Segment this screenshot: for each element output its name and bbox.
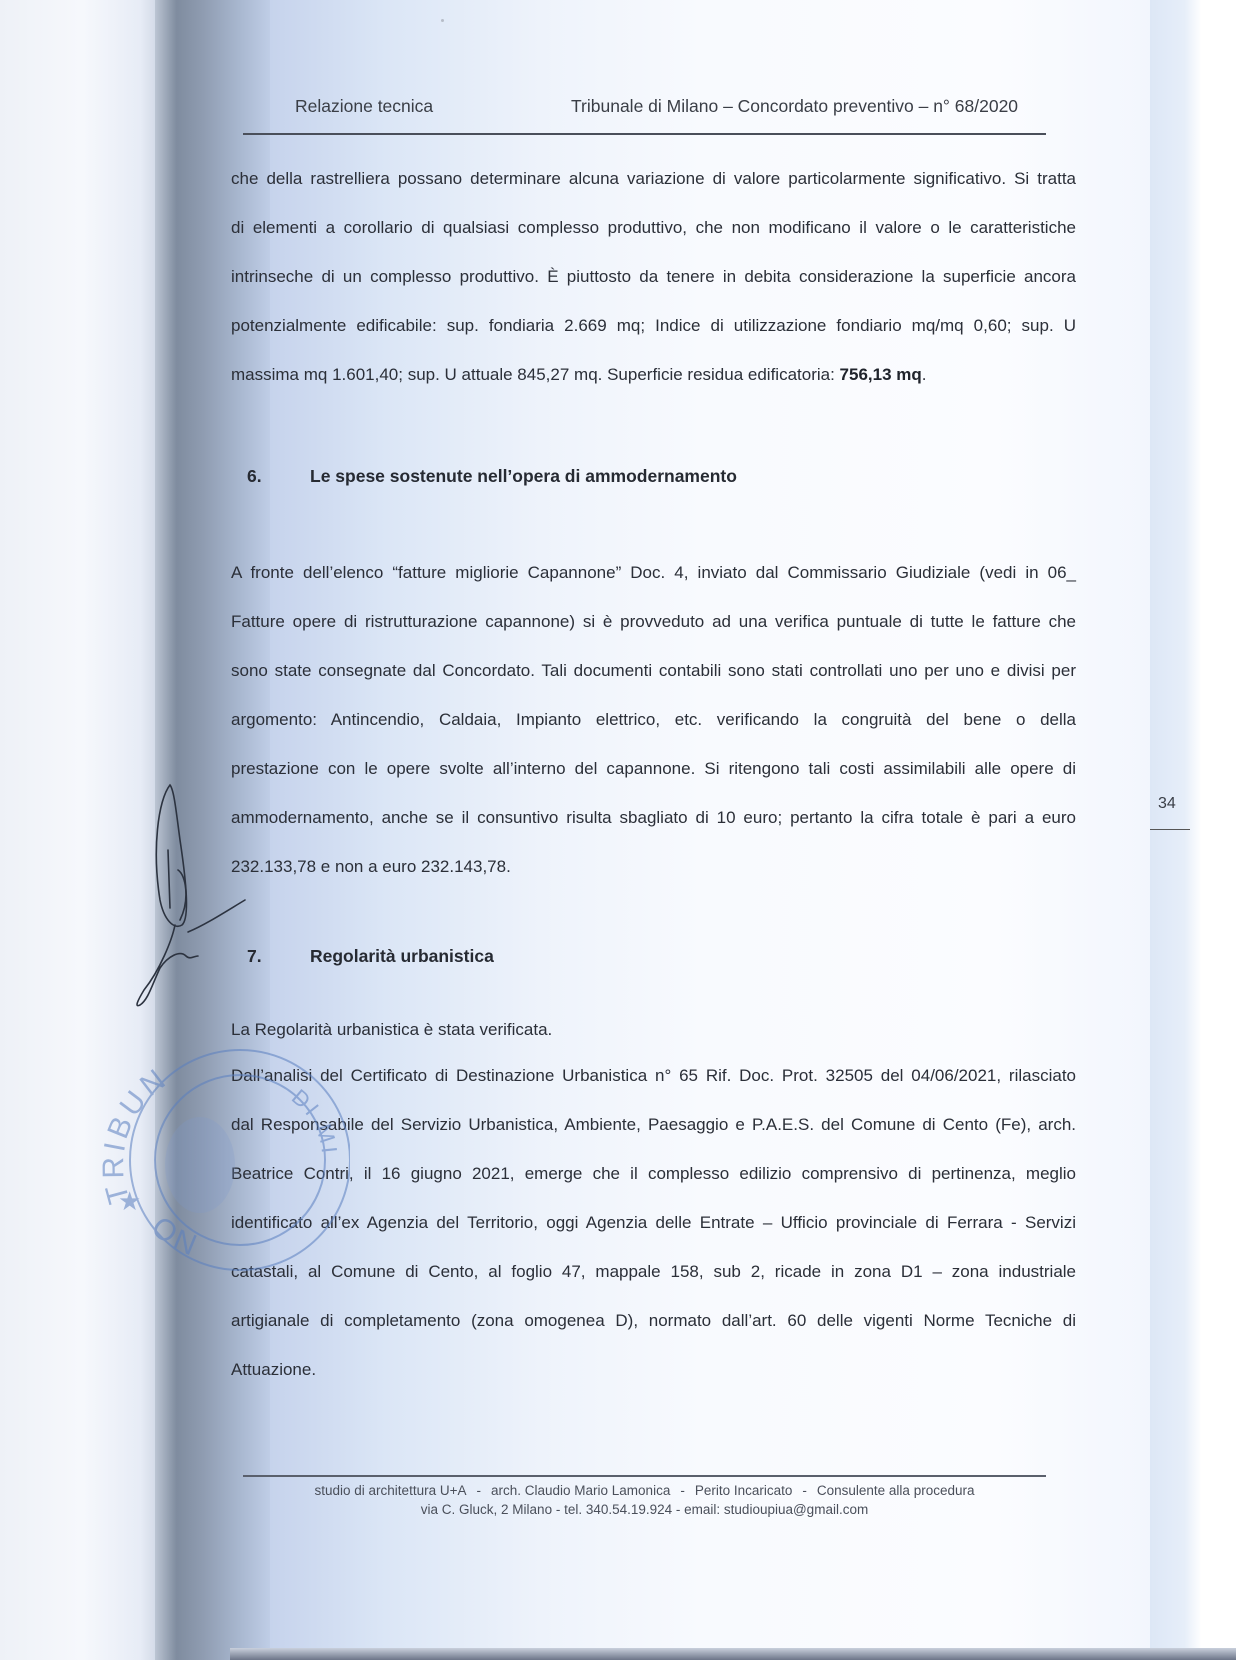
stamp-star-icon: ★: [118, 1187, 141, 1217]
stamp-outer-text-bottom: ON: [145, 1210, 205, 1263]
footer-separator: -: [680, 1483, 685, 1498]
section-7-statement: La Regolarità urbanistica è stata verifi…: [231, 1005, 1076, 1054]
footer-consultant: Consulente alla procedura: [817, 1483, 975, 1498]
footer-divider: [243, 1475, 1046, 1477]
header-doc-type: Relazione tecnica: [295, 96, 433, 117]
intro-paragraph: che della rastrelliera possano determina…: [231, 154, 1076, 399]
document: Relazione tecnica Tribunale di Milano – …: [0, 0, 1236, 1660]
text-line: massima mq 1.601,40; sup. U attuale 845,…: [231, 350, 1076, 399]
footer-architect: arch. Claudio Mario Lamonica: [491, 1483, 670, 1498]
residual-surface-value: 756,13 mq: [840, 365, 922, 384]
stamp-outer-text: TRIBUN: [97, 1061, 175, 1207]
text-line: La Regolarità urbanistica è stata verifi…: [231, 1005, 1076, 1054]
footer-line-1: studio di architettura U+A-arch. Claudio…: [243, 1481, 1046, 1500]
text-line: identificato all’ex Agenzia del Territor…: [231, 1198, 1076, 1247]
header-divider: [243, 133, 1046, 135]
page-number: 34: [1158, 795, 1176, 813]
text-span: .: [922, 365, 927, 384]
text-line: argomento: Antincendio, Caldaia, Impiant…: [231, 695, 1076, 744]
text-span: massima mq 1.601,40; sup. U attuale 845,…: [231, 365, 840, 384]
page-number-underline: [1150, 829, 1190, 830]
page-footer: studio di architettura U+A-arch. Claudio…: [243, 1481, 1046, 1519]
text-line: Fatture opere di ristrutturazione capann…: [231, 597, 1076, 646]
text-line: intrinseche di un complesso produttivo. …: [231, 252, 1076, 301]
svg-text:DI MI: DI MI: [287, 1084, 342, 1157]
text-line: 232.133,78 e non a euro 232.143,78.: [231, 842, 1076, 891]
svg-text:ON: ON: [145, 1210, 205, 1263]
footer-separator: -: [476, 1483, 481, 1498]
text-line: ammodernamento, anche se il consuntivo r…: [231, 793, 1076, 842]
footer-studio: studio di architettura U+A: [315, 1483, 467, 1498]
svg-text:TRIBUN: TRIBUN: [97, 1061, 175, 1207]
text-line: A fronte dell’elenco “fatture migliorie …: [231, 548, 1076, 597]
text-line: prestazione con le opere svolte all’inte…: [231, 744, 1076, 793]
footer-role: Perito Incaricato: [695, 1483, 793, 1498]
text-line: sono state consegnate dal Concordato. Ta…: [231, 646, 1076, 695]
section-7-paragraph: Dall’analisi del Certificato di Destinaz…: [231, 1051, 1076, 1394]
text-line: che della rastrelliera possano determina…: [231, 154, 1076, 203]
section-title: Le spese sostenute nell’opera di ammoder…: [310, 466, 737, 487]
handwritten-signature: [130, 780, 270, 1020]
section-6-paragraph: A fronte dell’elenco “fatture migliorie …: [231, 548, 1076, 891]
court-stamp-icon: TRIBUN ON DI MI ★: [90, 1030, 350, 1280]
section-number: 6.: [247, 466, 262, 487]
text-line: Beatrice Contri, il 16 giugno 2021, emer…: [231, 1149, 1076, 1198]
text-line: potenzialmente edificabile: sup. fondiar…: [231, 301, 1076, 350]
text-line: artigianale di completamento (zona omoge…: [231, 1296, 1076, 1345]
text-line: di elementi a corollario di qualsiasi co…: [231, 203, 1076, 252]
running-header: Relazione tecnica Tribunale di Milano – …: [243, 96, 1043, 126]
text-line: catastali, al Comune di Cento, al foglio…: [231, 1247, 1076, 1296]
text-line: Attuazione.: [231, 1345, 1076, 1394]
stamp-inner-text: DI MI: [287, 1084, 342, 1157]
text-line: Dall’analisi del Certificato di Destinaz…: [231, 1051, 1076, 1100]
section-title: Regolarità urbanistica: [310, 946, 494, 967]
footer-contact: via C. Gluck, 2 Milano - tel. 340.54.19.…: [243, 1500, 1046, 1519]
text-line: dal Responsabile del Servizio Urbanistic…: [231, 1100, 1076, 1149]
footer-separator: -: [802, 1483, 807, 1498]
header-case-reference: Tribunale di Milano – Concordato prevent…: [571, 96, 1018, 117]
